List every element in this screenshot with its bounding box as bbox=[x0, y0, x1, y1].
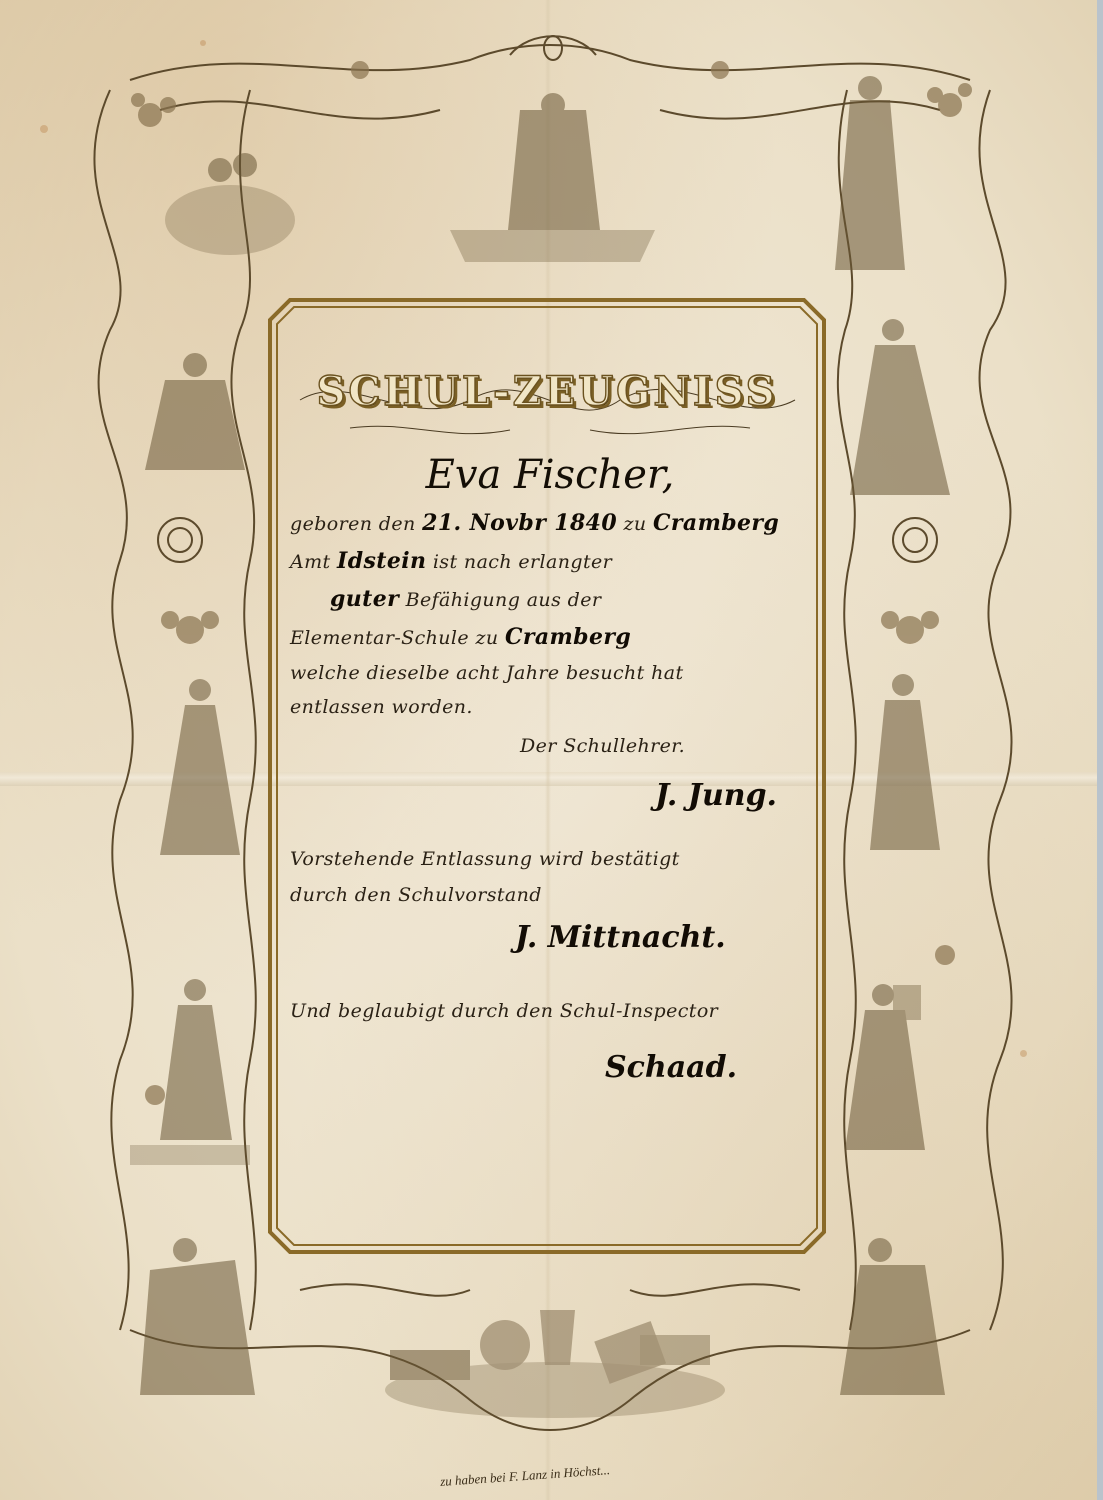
dismissal-line: entlassen worden. bbox=[290, 696, 473, 718]
document-title: SCHUL-ZEUGNISS bbox=[302, 368, 792, 415]
teacher-signature: J. Jung. bbox=[655, 778, 777, 813]
confirmation-line-2: durch den Schulvorstand bbox=[290, 884, 542, 906]
attendance-line: welche dieselbe acht Jahre besucht hat bbox=[290, 662, 684, 684]
district-line: Amt Idstein ist nach erlangter bbox=[290, 548, 612, 574]
birth-line: geboren den 21. Novbr 1840 zu Cramberg bbox=[290, 510, 779, 536]
inspector-signature: Schaad. bbox=[605, 1050, 737, 1085]
certificate-page: SCHUL-ZEUGNISS Eva Fischer, geboren den … bbox=[0, 0, 1097, 1500]
certification-line: Und beglaubigt durch den Schul-Inspector bbox=[290, 1000, 718, 1022]
teacher-label: Der Schullehrer. bbox=[520, 735, 685, 757]
qualification-line: guter Befähigung aus der bbox=[330, 586, 601, 612]
student-name: Eva Fischer, bbox=[390, 452, 710, 498]
confirmation-line-1: Vorstehende Entlassung wird bestätigt bbox=[290, 848, 680, 870]
school-line: Elementar-Schule zu Cramberg bbox=[290, 624, 631, 650]
board-signature: J. Mittnacht. bbox=[515, 920, 726, 955]
certificate-body: SCHUL-ZEUGNISS Eva Fischer, geboren den … bbox=[290, 360, 805, 1240]
